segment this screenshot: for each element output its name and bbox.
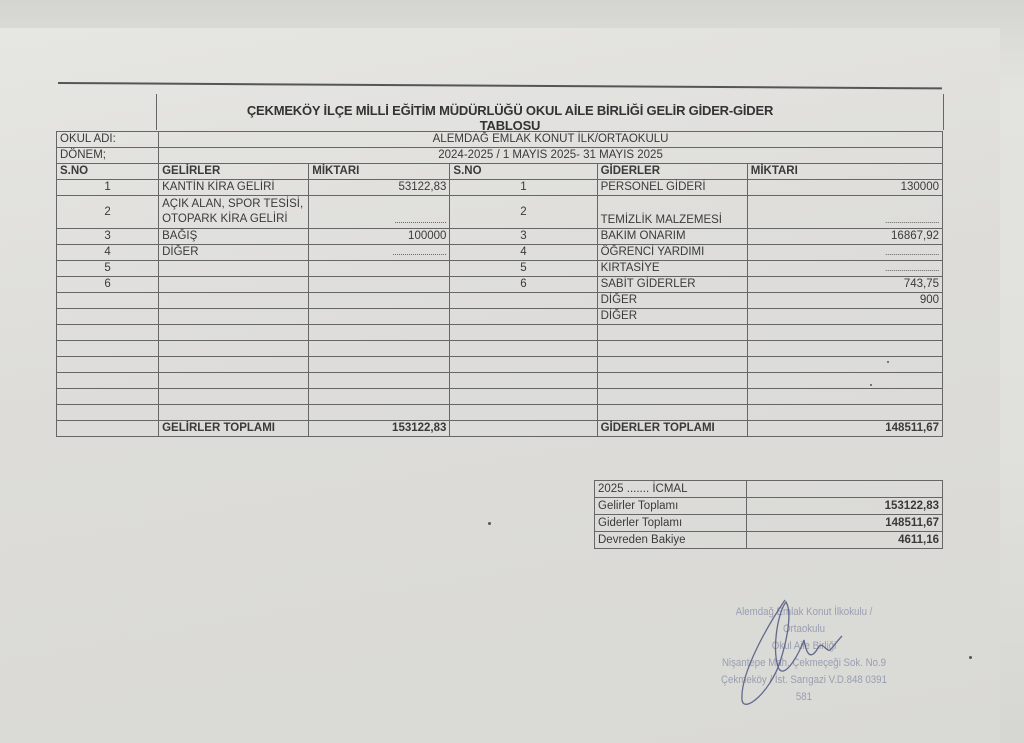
- paper-speck: [969, 656, 972, 659]
- empty-cell: [57, 357, 159, 373]
- empty-cell: [597, 325, 747, 341]
- expense-total-label: GİDERLER TOPLAMI: [597, 421, 747, 437]
- income-amount: [309, 277, 450, 293]
- empty-cell: [57, 421, 159, 437]
- document-title: ÇEKMEKÖY İLÇE MİLLİ EĞİTİM MÜDÜRLÜĞÜ OKU…: [230, 103, 790, 133]
- income-amount: ...........................: [309, 245, 450, 261]
- icmal-title: 2025 ....... İCMAL: [595, 481, 747, 498]
- income-amount: ..........................: [309, 196, 450, 229]
- row-sno2: 5: [450, 261, 597, 277]
- row-sno: 6: [57, 277, 159, 293]
- header-amount2: MİKTARI: [747, 164, 942, 180]
- empty-cell: [450, 357, 597, 373]
- empty-row: [57, 341, 943, 357]
- expense-item: ÖĞRENCİ YARDIMI: [597, 245, 747, 261]
- table-row: 2 AÇIK ALAN, SPOR TESİSİ,OTOPARK KİRA GE…: [57, 196, 943, 229]
- icmal-label: Giderler Toplamı: [595, 515, 747, 532]
- income-amount: [309, 261, 450, 277]
- empty-cell: [159, 389, 309, 405]
- empty-cell: [450, 389, 597, 405]
- header-expense: GİDERLER: [597, 164, 747, 180]
- row-sno2: 6: [450, 277, 597, 293]
- icmal-value: 4611,16: [746, 532, 942, 549]
- header-income: GELİRLER: [159, 164, 309, 180]
- empty-cell: [597, 341, 747, 357]
- header-row: S.NO GELİRLER MİKTARI S.NO GİDERLER MİKT…: [57, 164, 943, 180]
- empty-row: [57, 405, 943, 421]
- icmal-value: 148511,67: [746, 515, 942, 532]
- school-row: OKUL ADI: ALEMDAĞ EMLAK KONUT İLK/ORTAOK…: [57, 132, 943, 148]
- income-item-line2: OTOPARK KİRA GELİRİ: [162, 213, 287, 225]
- empty-cell: [450, 405, 597, 421]
- expense-total-value: 148511,67: [747, 421, 942, 437]
- empty-cell: [746, 481, 942, 498]
- empty-row: [57, 357, 943, 373]
- header-sno2: S.NO: [450, 164, 597, 180]
- expense-item: PERSONEL GİDERİ: [597, 180, 747, 196]
- income-item: AÇIK ALAN, SPOR TESİSİ,OTOPARK KİRA GELİ…: [159, 196, 309, 229]
- empty-cell: [309, 357, 450, 373]
- table-row: 1 KANTİN KİRA GELİRİ 53122,83 1 PERSONEL…: [57, 180, 943, 196]
- expense-amount: 16867,92: [747, 229, 942, 245]
- row-sno2: [450, 309, 597, 325]
- empty-cell: [597, 389, 747, 405]
- row-sno: 5: [57, 261, 159, 277]
- income-item-line1: AÇIK ALAN, SPOR TESİSİ,: [162, 198, 303, 210]
- table-row: DİĞER 900: [57, 293, 943, 309]
- empty-cell: [159, 325, 309, 341]
- empty-cell: [747, 341, 942, 357]
- icmal-row: Gelirler Toplamı 153122,83: [595, 498, 943, 515]
- table-row: DİĞER: [57, 309, 943, 325]
- expense-item: DİĞER: [597, 309, 747, 325]
- expense-amount: 130000: [747, 180, 942, 196]
- expense-amount: ...........................: [747, 245, 942, 261]
- empty-cell: [747, 389, 942, 405]
- empty-row: [57, 373, 943, 389]
- income-item: KANTİN KİRA GELİRİ: [159, 180, 309, 196]
- empty-cell: [159, 373, 309, 389]
- empty-cell: [57, 325, 159, 341]
- paper-speck: [887, 361, 889, 363]
- row-sno2: 3: [450, 229, 597, 245]
- empty-cell: [57, 389, 159, 405]
- row-sno: 2: [57, 196, 159, 229]
- empty-cell: [309, 373, 450, 389]
- table-row: 3 BAĞIŞ 100000 3 BAKIM ONARIM 16867,92: [57, 229, 943, 245]
- empty-cell: [309, 389, 450, 405]
- table-row: 6 6 SABİT GİDERLER 743,75: [57, 277, 943, 293]
- row-sno: [57, 293, 159, 309]
- totals-row: GELİRLER TOPLAMI 153122,83 GİDERLER TOPL…: [57, 421, 943, 437]
- empty-cell: [57, 341, 159, 357]
- header-amount: MİKTARI: [309, 164, 450, 180]
- income-amount: [309, 309, 450, 325]
- empty-cell: [159, 341, 309, 357]
- expense-item: KIRTASİYE: [597, 261, 747, 277]
- empty-cell: [309, 325, 450, 341]
- expense-item: BAKIM ONARIM: [597, 229, 747, 245]
- income-item: DİĞER: [159, 245, 309, 261]
- empty-cell: [309, 341, 450, 357]
- row-sno2: [450, 293, 597, 309]
- empty-cell: [597, 357, 747, 373]
- empty-cell: [747, 373, 942, 389]
- income-item: [159, 277, 309, 293]
- row-sno2: 4: [450, 245, 597, 261]
- icmal-value: 153122,83: [746, 498, 942, 515]
- period-label: DÖNEM;: [57, 148, 159, 164]
- period-row: DÖNEM; 2024-2025 / 1 MAYIS 2025- 31 MAYI…: [57, 148, 943, 164]
- empty-cell: [450, 373, 597, 389]
- empty-cell: [159, 405, 309, 421]
- empty-cell: [309, 405, 450, 421]
- empty-cell: [57, 373, 159, 389]
- income-item: [159, 293, 309, 309]
- income-item: [159, 309, 309, 325]
- school-label: OKUL ADI:: [57, 132, 159, 148]
- empty-cell: [747, 357, 942, 373]
- income-amount: 100000: [309, 229, 450, 245]
- icmal-row: Giderler Toplamı 148511,67: [595, 515, 943, 532]
- expense-item: SABİT GİDERLER: [597, 277, 747, 293]
- school-name: ALEMDAĞ EMLAK KONUT İLK/ORTAOKULU: [159, 132, 943, 148]
- row-sno2: 1: [450, 180, 597, 196]
- empty-cell: [450, 341, 597, 357]
- icmal-row: Devreden Bakiye 4611,16: [595, 532, 943, 549]
- table-row: 4 DİĞER ........................... 4 ÖĞ…: [57, 245, 943, 261]
- header-sno: S.NO: [57, 164, 159, 180]
- empty-cell: [597, 405, 747, 421]
- expense-amount: ...........................: [747, 196, 942, 229]
- empty-cell: [597, 373, 747, 389]
- empty-row: [57, 325, 943, 341]
- empty-cell: [57, 405, 159, 421]
- empty-cell: [747, 405, 942, 421]
- income-total-value: 153122,83: [309, 421, 450, 437]
- icmal-label: Devreden Bakiye: [595, 532, 747, 549]
- row-sno: 3: [57, 229, 159, 245]
- icmal-label: Gelirler Toplamı: [595, 498, 747, 515]
- row-sno: 4: [57, 245, 159, 261]
- signature-icon: [730, 592, 870, 712]
- income-amount: [309, 293, 450, 309]
- empty-cell: [450, 421, 597, 437]
- expense-item: TEMİZLİK MALZEMESİ: [597, 196, 747, 229]
- row-sno: [57, 309, 159, 325]
- icmal-summary-table: 2025 ....... İCMAL Gelirler Toplamı 1531…: [594, 480, 943, 549]
- paper-speck: [870, 384, 872, 386]
- table-row: 5 5 KIRTASİYE ..........................…: [57, 261, 943, 277]
- expense-amount: ...........................: [747, 261, 942, 277]
- expense-amount: [747, 309, 942, 325]
- income-expense-table: OKUL ADI: ALEMDAĞ EMLAK KONUT İLK/ORTAOK…: [56, 131, 943, 437]
- period-value: 2024-2025 / 1 MAYIS 2025- 31 MAYIS 2025: [159, 148, 943, 164]
- paper-speck: [488, 522, 491, 525]
- empty-cell: [450, 325, 597, 341]
- row-sno: 1: [57, 180, 159, 196]
- empty-row: [57, 389, 943, 405]
- expense-amount: 900: [747, 293, 942, 309]
- empty-cell: [747, 325, 942, 341]
- income-item: [159, 261, 309, 277]
- income-total-label: GELİRLER TOPLAMI: [159, 421, 309, 437]
- income-item: BAĞIŞ: [159, 229, 309, 245]
- expense-amount: 743,75: [747, 277, 942, 293]
- income-amount: 53122,83: [309, 180, 450, 196]
- empty-cell: [159, 357, 309, 373]
- expense-item: DİĞER: [597, 293, 747, 309]
- row-sno2: 2: [450, 196, 597, 229]
